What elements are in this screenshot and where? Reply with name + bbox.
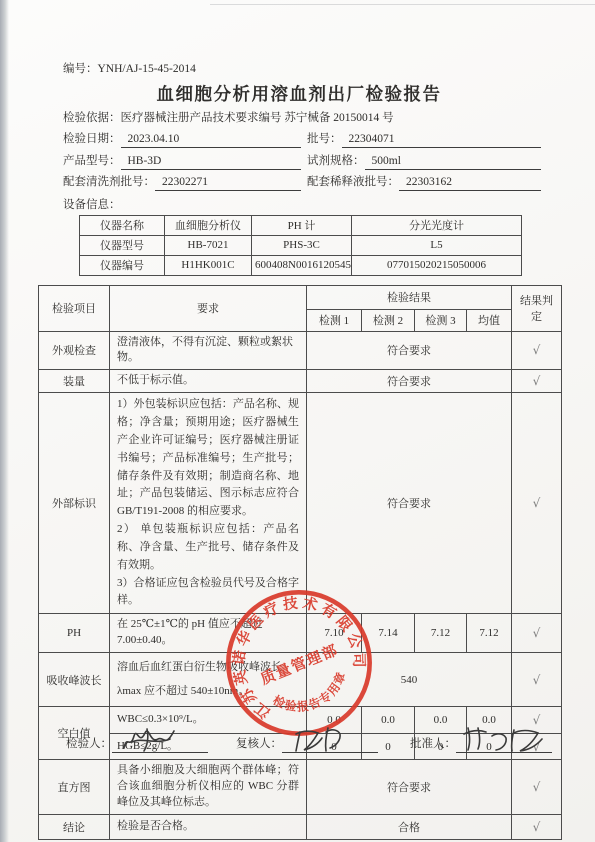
cleaner-batch-label: 配套清洗剂批号： [63, 176, 155, 191]
col-header-judgment: 结果判定 [512, 285, 562, 331]
col-header-item: 检验项目 [39, 285, 110, 331]
labeling-requirement-3: 3）合格证应包含检验员代号及合格字样。 [117, 575, 299, 611]
device-serial-analyzer: H1HK001C [165, 255, 252, 275]
row-wavelength: 吸收峰波长 溶血后血红蛋白衍生物吸收峰波长 λmax 应不超过 540±10nm… [39, 653, 562, 707]
volume-result: 符合要求 [307, 370, 512, 393]
device-name-analyzer: 血细胞分析仪 [165, 215, 252, 235]
reviewer-label: 复核人： [236, 737, 282, 753]
ph-mean-value: 7.12 [467, 614, 512, 653]
row-volume: 装量 不低于标示值。 符合要求 √ [39, 370, 562, 393]
device-serial-ph-meter: 600408N0016120545 [252, 255, 352, 275]
device-name-row: 仪器名称 血细胞分析仪 PH 计 分光光度计 [80, 215, 522, 235]
device-info-label: 设备信息： [63, 198, 541, 212]
row-histogram: 直方图 具备小细胞及大细胞两个群体峰；符合该血细胞分析仪相应的 WBC 分群峰位… [39, 760, 562, 815]
col-header-mean: 均值 [467, 309, 512, 331]
ph-item: PH [39, 614, 110, 653]
field-cleaner-batch: 配套清洗剂批号： 22302271 [63, 176, 301, 191]
device-info-table: 仪器名称 血细胞分析仪 PH 计 分光光度计 仪器型号 HB-7021 PHS-… [79, 215, 522, 276]
reviewer-signature-line [282, 737, 378, 753]
labeling-requirement-2: 2） 单包装瓶标识应包括：产品名称、净含量、生产批号、储存条件及有效期。 [117, 521, 299, 574]
wavelength-item: 吸收峰波长 [39, 653, 110, 707]
row-appearance: 外观检查 澄清液体，不得有沉淀、颗粒或絮状物。 符合要求 √ [39, 331, 562, 370]
inspector-signature-line [112, 737, 208, 753]
inspection-basis-line: 检验依据：医疗器械注册产品技术要求编号 苏宁械备 20150014 号 [63, 111, 541, 126]
labeling-judgment-checkmark: √ [512, 393, 562, 614]
wavelength-judgment-checkmark: √ [512, 653, 562, 707]
device-serial-spectrophotometer: 077015020215050006 [352, 255, 522, 275]
device-name-header: 仪器名称 [80, 215, 165, 235]
device-serial-row: 仪器编号 H1HK001C 600408N0016120545 07701502… [80, 255, 522, 275]
field-diluent-batch: 配套稀释液批号： 22303162 [307, 176, 541, 191]
inspection-date-value: 2023.04.10 [121, 133, 302, 148]
wavelength-result: 540 [307, 653, 512, 707]
volume-requirement: 不低于标示值。 [110, 370, 307, 393]
field-row-2: 产品型号： HB-3D 试剂规格： 500ml [63, 155, 541, 170]
signature-row: 检验人： 复核人： 批准人： [66, 737, 566, 753]
col-header-test3: 检测 3 [415, 309, 467, 331]
labeling-requirement-1: 1）外包装标识应包括：产品名称、规格；净含量；预期用途；医疗器械生产企业许可证编… [117, 396, 299, 521]
device-model-spectrophotometer: L5 [352, 235, 522, 255]
col-header-result-group: 检验结果 [307, 285, 512, 309]
approver-signature [458, 724, 550, 754]
reagent-spec-value: 500ml [365, 155, 542, 170]
reviewer-signature [284, 724, 362, 754]
col-header-test2: 检测 2 [362, 309, 415, 331]
conclusion-judgment-checkmark: √ [512, 815, 562, 840]
row-ph: PH 在 25℃±1℃的 pH 值应不超过 7.00±0.40。 7.10 7.… [39, 614, 562, 653]
inspection-basis-label: 检验依据： [63, 112, 121, 124]
appearance-judgment-checkmark: √ [512, 331, 562, 370]
ph-test1-value: 7.10 [307, 614, 362, 653]
conclusion-requirement: 检验是否合格。 [110, 815, 307, 840]
reviewer-signature-block: 复核人： [236, 737, 378, 753]
inspection-date-label: 检验日期： [63, 133, 121, 148]
labeling-item: 外部标识 [39, 393, 110, 614]
ph-test3-value: 7.12 [415, 614, 467, 653]
approver-signature-line [456, 737, 552, 753]
report-title: 血细胞分析用溶血剂出厂检验报告 [57, 83, 541, 105]
histogram-requirement: 具备小细胞及大细胞两个群体峰；符合该血细胞分析仪相应的 WBC 分群峰位及其峰位… [110, 760, 307, 815]
approver-signature-block: 批准人： [410, 737, 552, 753]
inspection-basis-value: 医疗器械注册产品技术要求编号 苏宁械备 20150014 号 [121, 112, 394, 124]
field-row-1: 检验日期： 2023.04.10 批号： 22304071 [63, 133, 541, 148]
device-model-analyzer: HB-7021 [165, 235, 252, 255]
document-number-line: 编号：YNH/AJ-15-45-2014 [63, 62, 541, 76]
field-product-model: 产品型号： HB-3D [63, 155, 301, 170]
batch-no-label: 批号： [307, 133, 342, 148]
field-reagent-spec: 试剂规格： 500ml [307, 155, 541, 170]
volume-item: 装量 [39, 370, 110, 393]
reagent-spec-label: 试剂规格： [307, 155, 365, 170]
histogram-item: 直方图 [39, 760, 110, 815]
wavelength-requirement: 溶血后血红蛋白衍生物吸收峰波长 λmax 应不超过 540±10nm。 [110, 653, 307, 707]
row-conclusion: 结论 检验是否合格。 合格 √ [39, 815, 562, 840]
histogram-result: 符合要求 [307, 760, 512, 815]
field-batch-no: 批号： 22304071 [307, 133, 541, 148]
scan-edge-shadow [0, 0, 9, 842]
device-model-ph-meter: PHS-3C [252, 235, 352, 255]
product-model-value: HB-3D [121, 155, 302, 170]
diluent-batch-value: 22303162 [399, 176, 541, 191]
blank-wbc-test2-value: 0.0 [362, 707, 415, 734]
col-header-requirement: 要求 [110, 285, 307, 331]
ph-requirement: 在 25℃±1℃的 pH 值应不超过 7.00±0.40。 [110, 614, 307, 653]
field-inspection-date: 检验日期： 2023.04.10 [63, 133, 301, 148]
diluent-batch-label: 配套稀释液批号： [307, 176, 399, 191]
approver-label: 批准人： [410, 737, 456, 753]
labeling-result: 符合要求 [307, 393, 512, 614]
labeling-requirement: 1）外包装标识应包括：产品名称、规格；净含量；预期用途；医疗器械生产企业许可证编… [110, 393, 307, 614]
document-number-value: YNH/AJ-15-45-2014 [98, 63, 196, 75]
histogram-judgment-checkmark: √ [512, 760, 562, 815]
product-model-label: 产品型号： [63, 155, 121, 170]
volume-judgment-checkmark: √ [512, 370, 562, 393]
device-model-row: 仪器型号 HB-7021 PHS-3C L5 [80, 235, 522, 255]
scanned-report-page: 编号：YNH/AJ-15-45-2014 血细胞分析用溶血剂出厂检验报告 检验依… [0, 0, 595, 842]
conclusion-item: 结论 [39, 815, 110, 840]
field-row-3: 配套清洗剂批号： 22302271 配套稀释液批号： 22303162 [63, 176, 541, 191]
ph-test2-value: 7.14 [362, 614, 415, 653]
scan-artifact-line [210, 4, 595, 5]
appearance-item: 外观检查 [39, 331, 110, 370]
ph-judgment-checkmark: √ [512, 614, 562, 653]
batch-no-value: 22304071 [342, 133, 542, 148]
inspector-signature [114, 724, 192, 754]
conclusion-result: 合格 [307, 815, 512, 840]
inspector-signature-block: 检验人： [66, 737, 208, 753]
appearance-result: 符合要求 [307, 331, 512, 370]
device-model-header: 仪器型号 [80, 235, 165, 255]
device-name-spectrophotometer: 分光光度计 [352, 215, 522, 235]
cleaner-batch-value: 22302271 [155, 176, 301, 191]
device-serial-header: 仪器编号 [80, 255, 165, 275]
header-row-1: 检验项目 要求 检验结果 结果判定 [39, 285, 562, 309]
row-labeling: 外部标识 1）外包装标识应包括：产品名称、规格；净含量；预期用途；医疗器械生产企… [39, 393, 562, 614]
inspector-label: 检验人： [66, 737, 112, 753]
col-header-test1: 检测 1 [307, 309, 362, 331]
inspection-results-table: 检验项目 要求 检验结果 结果判定 检测 1 检测 2 检测 3 均值 外观检查… [38, 285, 562, 841]
appearance-requirement: 澄清液体，不得有沉淀、颗粒或絮状物。 [110, 331, 307, 370]
device-name-ph-meter: PH 计 [252, 215, 352, 235]
document-number-label: 编号： [63, 63, 98, 75]
